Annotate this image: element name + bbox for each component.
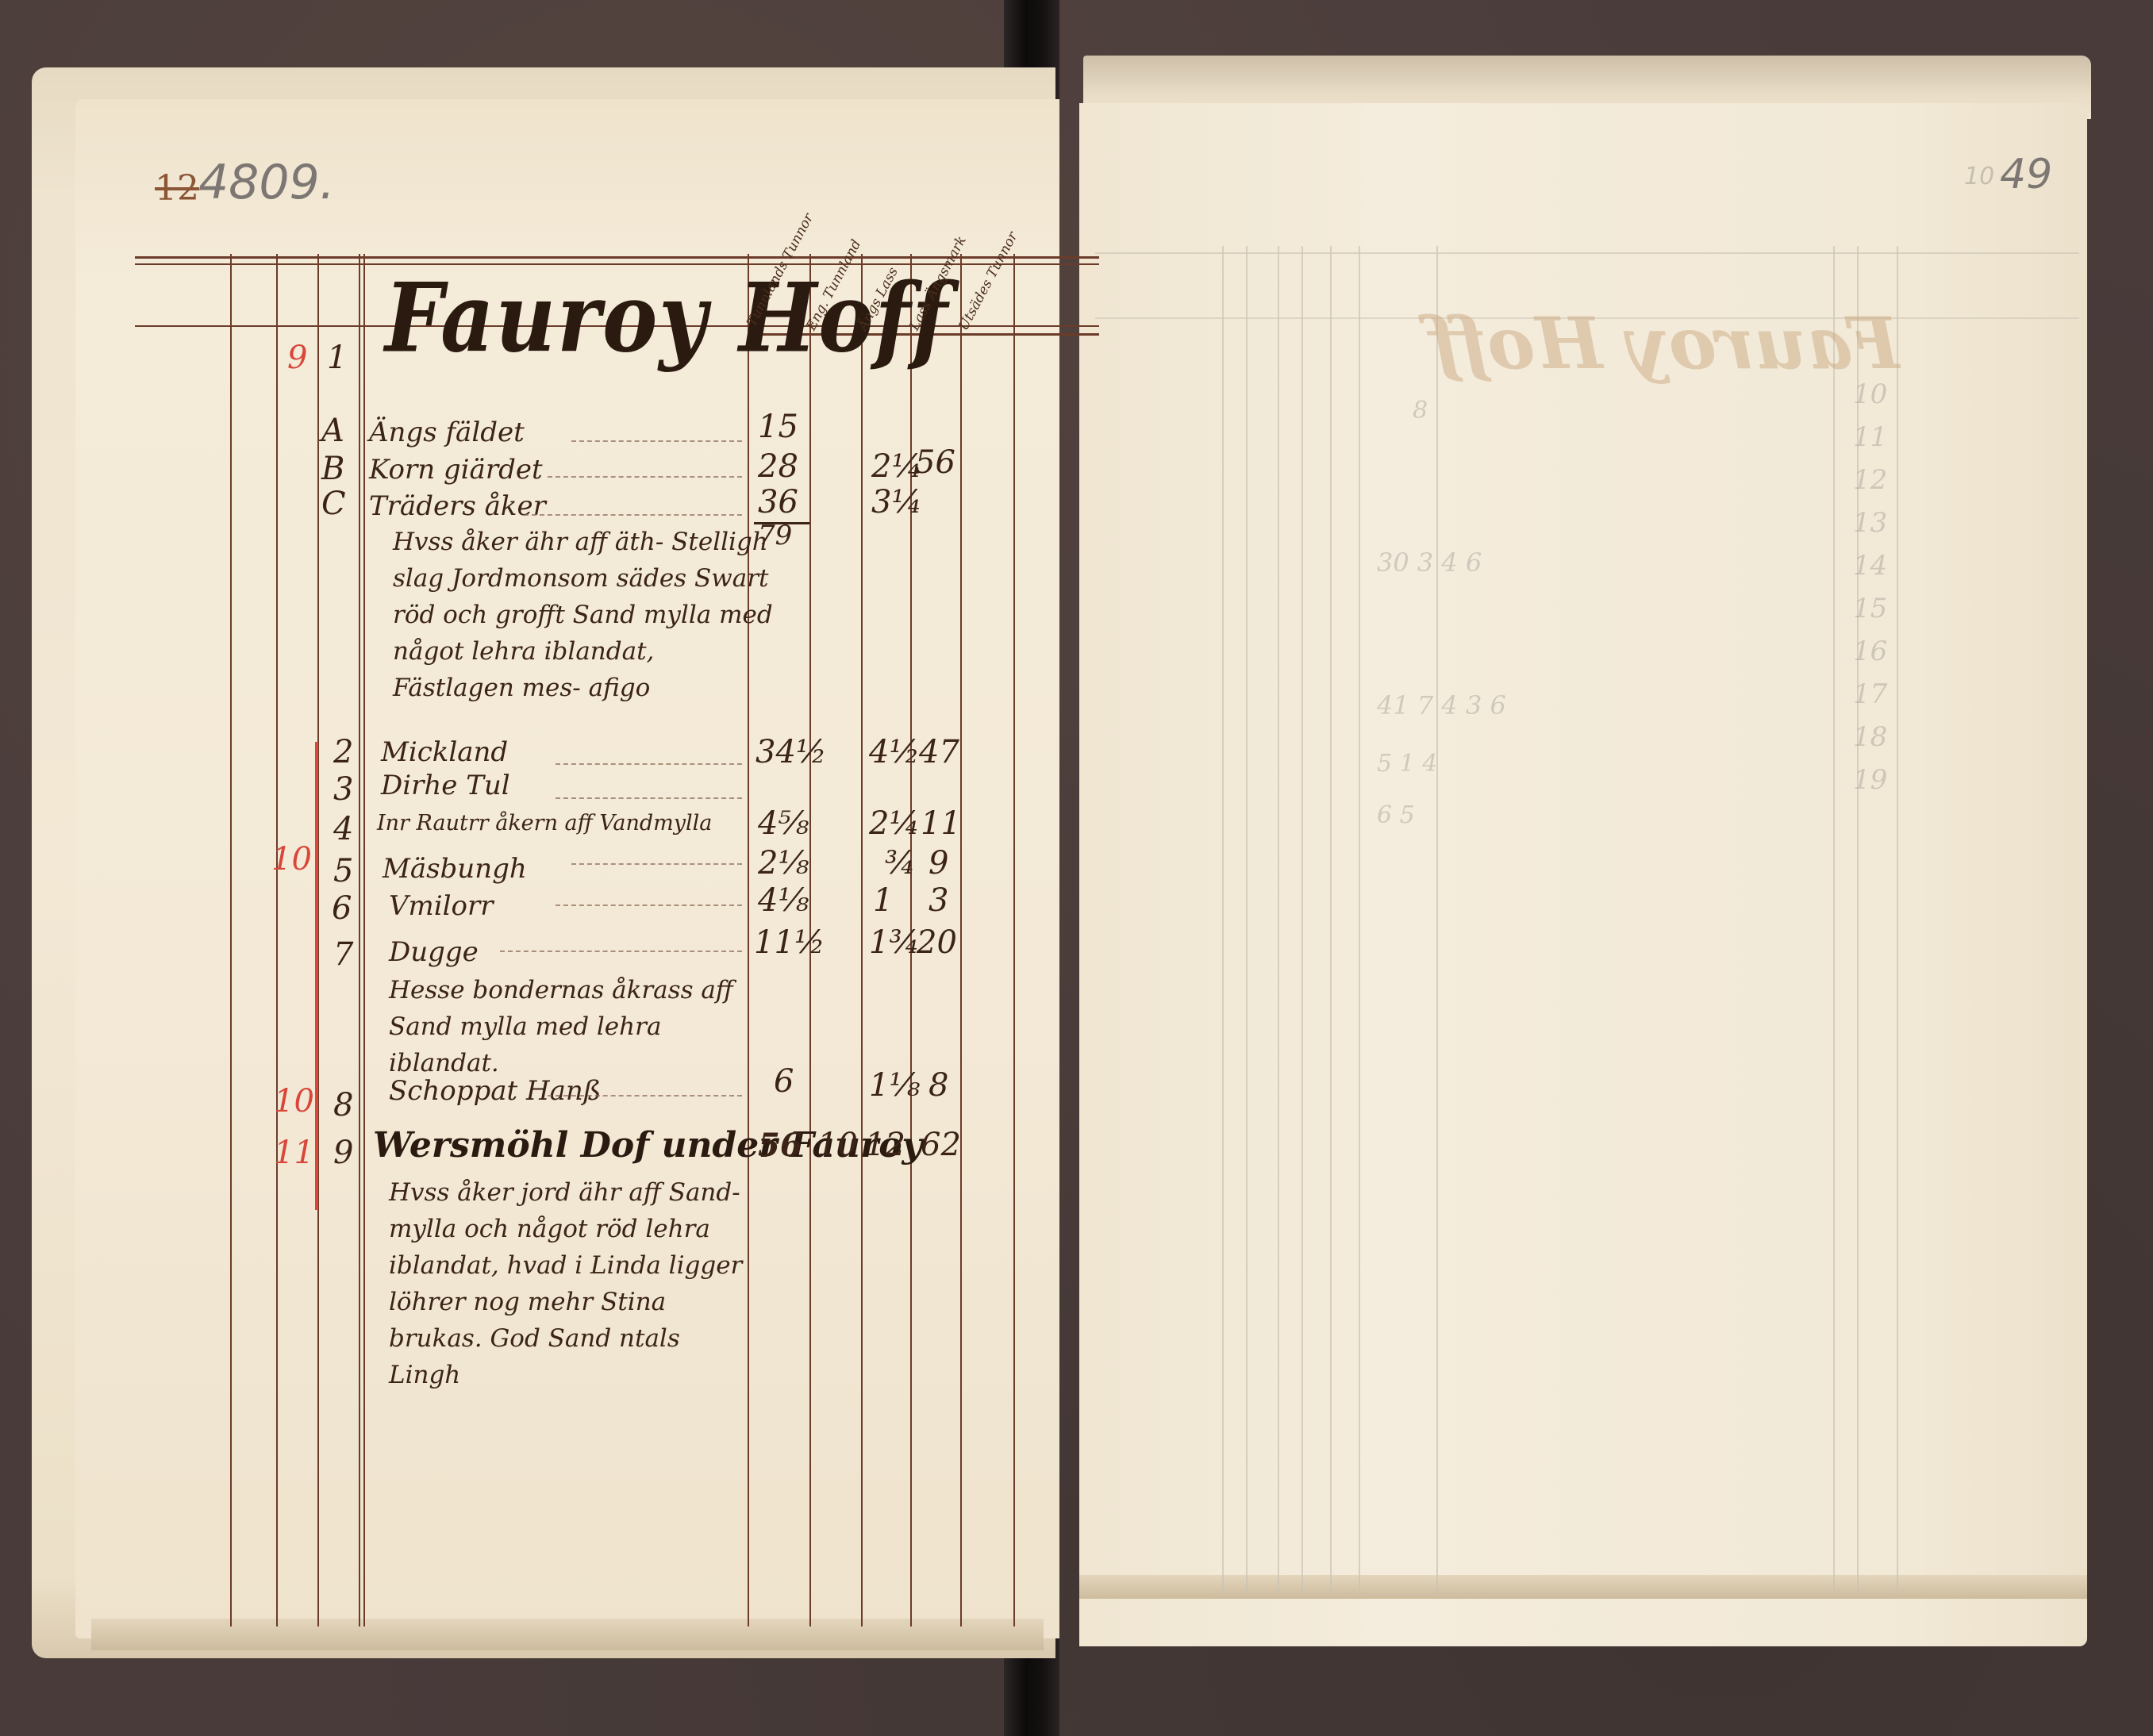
cell-c4: 3 bbox=[928, 882, 948, 919]
cell-c3: 2¼ bbox=[869, 805, 920, 842]
cell-c4: 9 bbox=[928, 845, 948, 881]
row-label: Mäsbungh bbox=[383, 853, 527, 885]
row-number: 9 bbox=[333, 1135, 353, 1171]
show-through-value: 5 1 4 bbox=[1377, 750, 1437, 778]
cell-c3: 4½ bbox=[869, 734, 920, 770]
row-number: 3 bbox=[333, 771, 353, 808]
pencil-folio-left: 4809. bbox=[198, 155, 335, 210]
leader-dots bbox=[548, 1095, 742, 1097]
cell-c3: 1⅛ bbox=[869, 1067, 920, 1104]
row-number: 1 bbox=[327, 340, 347, 376]
leader-dots bbox=[500, 951, 742, 952]
row-number: 5 bbox=[333, 853, 353, 889]
cell-c1: 6 bbox=[774, 1063, 794, 1100]
faint-col-rule bbox=[1833, 246, 1835, 1595]
cell-c4: 8 bbox=[928, 1067, 948, 1104]
red-number: 11 bbox=[274, 1135, 314, 1171]
note-paragraph: Hvss åker jord ähr aff Sand- mylla och n… bbox=[389, 1174, 754, 1393]
cell-c1: 28 bbox=[758, 448, 798, 485]
row-label: Vmilorr bbox=[389, 890, 494, 922]
faint-col-rule bbox=[1246, 246, 1248, 1595]
pencil-folio-right: 49 bbox=[2000, 151, 2052, 198]
col-rule bbox=[748, 254, 749, 1627]
cell-c3: 12 bbox=[865, 1127, 905, 1163]
col-rule bbox=[230, 254, 232, 1627]
show-through-numbers: 10 11 12 13 14 15 16 17 18 19 bbox=[1853, 373, 1885, 801]
cell-c4: 56 bbox=[915, 444, 955, 481]
row-label: Korn giärdet bbox=[369, 454, 543, 486]
leader-dots bbox=[571, 863, 742, 865]
leader-dots bbox=[548, 476, 742, 478]
row-label: Ängs fäldet bbox=[369, 417, 525, 448]
cell-c3: 3¼ bbox=[871, 484, 922, 520]
right-page-torn-edge bbox=[1079, 1575, 2087, 1599]
faint-col-rule bbox=[1301, 246, 1303, 1595]
row-letter: B bbox=[321, 451, 344, 487]
row-letter: A bbox=[321, 413, 344, 449]
cell-c4: 20 bbox=[917, 924, 957, 961]
show-through-value: 41 7 4 3 6 bbox=[1377, 690, 1506, 720]
faint-col-rule bbox=[1222, 246, 1224, 1595]
leader-dots bbox=[571, 440, 742, 442]
row-number: 2 bbox=[333, 734, 353, 770]
cell-c3: 1¾ bbox=[869, 924, 920, 961]
cell-c1: 4⅛ bbox=[758, 882, 809, 919]
row-label: Dirhe Tul bbox=[381, 770, 510, 801]
struck-page-number: 12 bbox=[155, 168, 199, 209]
row-number: 8 bbox=[333, 1087, 353, 1123]
leader-dots bbox=[556, 904, 742, 906]
show-through-value: 30 3 4 6 bbox=[1377, 547, 1482, 578]
row-letter: C bbox=[321, 486, 346, 522]
cell-c1: 56 bbox=[758, 1127, 802, 1164]
red-bracket bbox=[315, 742, 318, 1210]
col-rule bbox=[1013, 254, 1015, 1627]
cell-c2: 10 bbox=[817, 1127, 858, 1163]
col-rule bbox=[960, 254, 962, 1627]
faint-col-rule bbox=[1278, 246, 1279, 1595]
faint-col-rule bbox=[1330, 246, 1332, 1595]
cell-c4: 47 bbox=[919, 734, 959, 770]
col-rule bbox=[359, 254, 360, 1627]
row-label: Träders åker bbox=[369, 490, 546, 522]
row-number: 4 bbox=[333, 811, 353, 847]
cell-c1: 4⅝ bbox=[758, 805, 809, 842]
show-through-value: 6 5 bbox=[1377, 801, 1415, 829]
row-number: 6 bbox=[332, 890, 352, 927]
cell-c1: 2⅛ bbox=[758, 845, 809, 881]
leader-dots bbox=[524, 514, 742, 516]
col-rule bbox=[861, 254, 863, 1627]
col-rule bbox=[276, 254, 278, 1627]
cell-c1: 11½ bbox=[754, 924, 825, 961]
row-number: 7 bbox=[333, 936, 353, 973]
leader-dots bbox=[556, 763, 742, 765]
cell-c3: ¾ bbox=[885, 845, 916, 881]
left-page-torn-edge bbox=[91, 1619, 1044, 1650]
leader-dots bbox=[556, 797, 742, 799]
cell-c3: 1 bbox=[873, 882, 893, 919]
show-through-value: 8 bbox=[1413, 397, 1428, 424]
row-label: Mickland bbox=[381, 736, 508, 768]
show-through-title: Fauroy Hoff bbox=[1428, 301, 1899, 386]
red-number: 10 bbox=[274, 1083, 314, 1120]
faint-folio-prefix: 10 bbox=[1964, 163, 1994, 190]
faint-col-rule bbox=[1897, 246, 1898, 1595]
red-number: 9 bbox=[287, 340, 307, 376]
cell-c4: 62 bbox=[921, 1127, 961, 1163]
faint-col-rule bbox=[1436, 246, 1438, 1595]
cell-c1: 34½ bbox=[755, 734, 827, 770]
col-rule bbox=[363, 254, 365, 1627]
row-label: Inr Rautrr åkern aff Vandmylla bbox=[377, 811, 712, 835]
cell-c1: 36 bbox=[758, 484, 798, 520]
cell-c1: 15 bbox=[758, 409, 798, 445]
faint-header-rule bbox=[1095, 252, 2079, 254]
faint-col-rule bbox=[1359, 246, 1360, 1595]
row-label: Dugge bbox=[389, 936, 479, 968]
note-paragraph: Hesse bondernas åkrass aff Sand mylla me… bbox=[389, 972, 754, 1081]
note-paragraph: Hvss åker ähr aff äth- Stelligh slag Jor… bbox=[393, 524, 774, 706]
cell-c4: 11 bbox=[921, 805, 961, 842]
row-label: Schoppat Hanß bbox=[389, 1075, 602, 1107]
bracket-red-number: 10 bbox=[271, 841, 312, 878]
